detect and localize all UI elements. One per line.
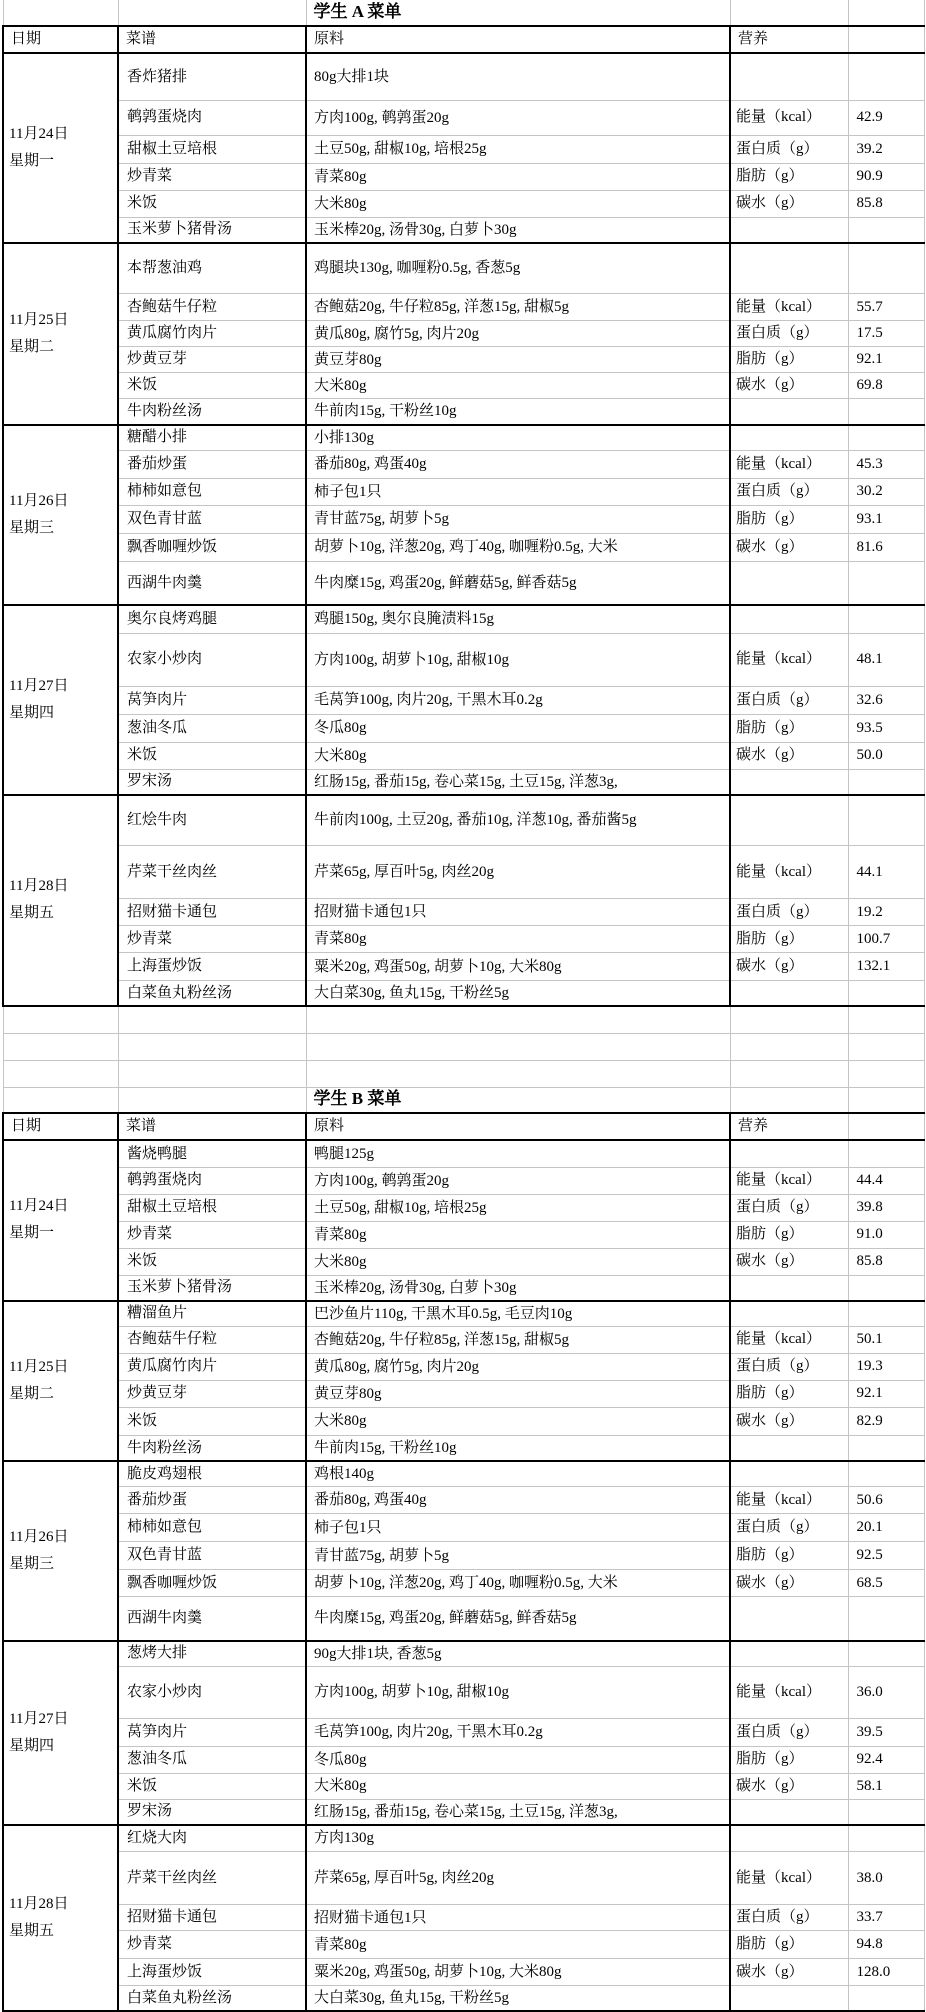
nutrition-value-cell[interactable]: 30.2 — [848, 478, 924, 505]
nutrition-label-cell[interactable]: 蛋白质（g） — [730, 478, 848, 505]
dish-cell[interactable]: 炒青菜 — [118, 163, 306, 190]
dish-cell[interactable]: 米饭 — [118, 1248, 306, 1275]
date-cell[interactable]: 11月25日星期二 — [3, 1301, 118, 1462]
dish-cell[interactable]: 双色青甘蓝 — [118, 505, 306, 533]
ingredients-cell[interactable]: 毛莴笋100g, 肉片20g, 干黑木耳0.2g — [306, 686, 730, 714]
nutrition-label-cell[interactable]: 碳水（g） — [730, 190, 848, 217]
nutrition-value-cell[interactable]: 39.5 — [848, 1718, 924, 1746]
dish-cell[interactable]: 鹌鹑蛋烧肉 — [118, 1167, 306, 1194]
spacer-cell[interactable] — [730, 1033, 848, 1060]
nutrition-label-cell[interactable] — [730, 605, 848, 633]
ingredients-cell[interactable]: 黄豆芽80g — [306, 347, 730, 373]
spacer-cell[interactable] — [730, 1060, 848, 1087]
nutrition-label-cell[interactable] — [730, 561, 848, 605]
nutrition-label-cell[interactable]: 脂肪（g） — [730, 505, 848, 533]
nutrition-label-cell[interactable] — [730, 217, 848, 243]
dish-cell[interactable]: 红烩牛肉 — [118, 795, 306, 846]
ingredients-cell[interactable]: 青菜80g — [306, 1931, 730, 1959]
nutrition-label-cell[interactable] — [730, 1275, 848, 1301]
date-cell[interactable]: 11月24日星期一 — [3, 53, 118, 243]
nutrition-label-cell[interactable] — [730, 53, 848, 100]
dish-cell[interactable]: 双色青甘蓝 — [118, 1542, 306, 1570]
ingredients-cell[interactable]: 红肠15g, 番茄15g, 卷心菜15g, 土豆15g, 洋葱3g, — [306, 769, 730, 795]
ingredients-cell[interactable]: 黄豆芽80g — [306, 1380, 730, 1407]
nutrition-value-cell[interactable]: 45.3 — [848, 450, 924, 478]
ingredients-cell[interactable]: 牛肉糜15g, 鸡蛋20g, 鲜蘑菇5g, 鲜香菇5g — [306, 1597, 730, 1641]
nutrition-label-cell[interactable]: 能量（kcal） — [730, 846, 848, 899]
nutrition-value-cell[interactable] — [848, 1275, 924, 1301]
nutrition-label-cell[interactable] — [730, 795, 848, 846]
nutrition-value-cell[interactable]: 85.8 — [848, 1248, 924, 1275]
ingredients-cell[interactable]: 大米80g — [306, 1407, 730, 1435]
ingredients-cell[interactable]: 方肉100g, 鹌鹑蛋20g — [306, 100, 730, 135]
dish-cell[interactable]: 炒黄豆芽 — [118, 1380, 306, 1407]
nutrition-label-cell[interactable]: 能量（kcal） — [730, 100, 848, 135]
dish-cell[interactable]: 番茄炒蛋 — [118, 1487, 306, 1514]
weekday-line: 星期五 — [9, 1918, 117, 1945]
nutrition-value-cell[interactable] — [848, 1597, 924, 1641]
ingredients-cell[interactable]: 大白菜30g, 鱼丸15g, 干粉丝5g — [306, 1986, 730, 2012]
dish-cell[interactable]: 西湖牛肉羹 — [118, 561, 306, 605]
date-line: 11月25日 — [9, 307, 117, 334]
nutrition-label-cell[interactable]: 蛋白质（g） — [730, 1514, 848, 1542]
dish-cell[interactable]: 上海蛋炒饭 — [118, 1959, 306, 1986]
nutrition-label-cell[interactable]: 脂肪（g） — [730, 1746, 848, 1773]
ingredients-cell[interactable]: 方肉130g — [306, 1825, 730, 1852]
ingredients-cell[interactable]: 巴沙鱼片110g, 干黑木耳0.5g, 毛豆肉10g — [306, 1301, 730, 1327]
dish-cell[interactable]: 米饭 — [118, 1407, 306, 1435]
nutrition-label-cell[interactable]: 蛋白质（g） — [730, 1905, 848, 1931]
nutrition-value-cell[interactable]: 82.9 — [848, 1407, 924, 1435]
nutrition-value-cell[interactable]: 94.8 — [848, 1931, 924, 1959]
ingredients-cell[interactable]: 大米80g — [306, 1248, 730, 1275]
ingredients-cell[interactable]: 毛莴笋100g, 肉片20g, 干黑木耳0.2g — [306, 1718, 730, 1746]
ingredients-cell[interactable]: 大米80g — [306, 373, 730, 399]
nutrition-value-cell[interactable] — [848, 1641, 924, 1667]
dish-cell[interactable]: 西湖牛肉羹 — [118, 1597, 306, 1641]
dish-cell[interactable]: 黄瓜腐竹肉片 — [118, 1353, 306, 1380]
header-spacer[interactable] — [848, 1113, 924, 1140]
nutrition-label-cell[interactable]: 能量（kcal） — [730, 1167, 848, 1194]
date-cell[interactable]: 11月25日星期二 — [3, 243, 118, 425]
nutrition-label-cell[interactable]: 脂肪（g） — [730, 714, 848, 742]
ingredients-cell[interactable]: 杏鲍菇20g, 牛仔粒85g, 洋葱15g, 甜椒5g — [306, 294, 730, 321]
nutrition-value-cell[interactable] — [848, 1799, 924, 1825]
ingredients-cell[interactable]: 鸭腿125g — [306, 1140, 730, 1167]
spacer-cell[interactable] — [730, 1006, 848, 1033]
dish-cell[interactable]: 鹌鹑蛋烧肉 — [118, 100, 306, 135]
dish-cell[interactable]: 上海蛋炒饭 — [118, 953, 306, 981]
nutrition-label-cell[interactable] — [730, 1140, 848, 1167]
menu-title[interactable]: 学生 B 菜单 — [306, 1087, 730, 1113]
spacer-cell[interactable] — [118, 1006, 306, 1033]
spacer-cell[interactable] — [306, 1033, 730, 1060]
nutrition-label-cell[interactable]: 能量（kcal） — [730, 1666, 848, 1718]
nutrition-label-cell[interactable]: 蛋白质（g） — [730, 1718, 848, 1746]
spacer-cell[interactable] — [3, 1006, 118, 1033]
date-cell[interactable]: 11月26日星期三 — [3, 1461, 118, 1641]
nutrition-value-cell[interactable]: 19.3 — [848, 1353, 924, 1380]
nutrition-label-cell[interactable]: 脂肪（g） — [730, 347, 848, 373]
nutrition-label-cell[interactable] — [730, 1597, 848, 1641]
nutrition-value-cell[interactable]: 93.5 — [848, 714, 924, 742]
dish-cell[interactable]: 玉米萝卜猪骨汤 — [118, 217, 306, 243]
ingredients-cell[interactable]: 80g大排1块 — [306, 53, 730, 100]
date-cell[interactable]: 11月27日星期四 — [3, 1641, 118, 1825]
spacer-cell[interactable] — [848, 1006, 924, 1033]
date-cell[interactable]: 11月28日星期五 — [3, 795, 118, 1007]
ingredients-cell[interactable]: 番茄80g, 鸡蛋40g — [306, 1487, 730, 1514]
nutrition-label-cell[interactable]: 脂肪（g） — [730, 1380, 848, 1407]
ingredients-cell[interactable]: 青菜80g — [306, 1221, 730, 1248]
nutrition-value-cell[interactable]: 38.0 — [848, 1852, 924, 1905]
ingredients-cell[interactable]: 青菜80g — [306, 163, 730, 190]
title-spacer-cell[interactable] — [848, 0, 924, 26]
date-cell[interactable]: 11月27日星期四 — [3, 605, 118, 795]
header-nutrition[interactable]: 营养 — [730, 1113, 848, 1140]
dish-cell[interactable]: 芹菜干丝肉丝 — [118, 1852, 306, 1905]
nutrition-label-cell[interactable]: 蛋白质（g） — [730, 686, 848, 714]
dish-cell[interactable]: 米饭 — [118, 742, 306, 769]
nutrition-value-cell[interactable] — [848, 243, 924, 294]
dish-cell[interactable]: 白菜鱼丸粉丝汤 — [118, 981, 306, 1007]
nutrition-value-cell[interactable] — [848, 1461, 924, 1487]
nutrition-label-cell[interactable] — [730, 1461, 848, 1487]
ingredients-cell[interactable]: 芹菜65g, 厚百叶5g, 肉丝20g — [306, 846, 730, 899]
spacer-cell[interactable] — [118, 1060, 306, 1087]
date-cell[interactable]: 11月26日星期三 — [3, 425, 118, 606]
nutrition-label-cell[interactable]: 脂肪（g） — [730, 1542, 848, 1570]
nutrition-value-cell[interactable]: 20.1 — [848, 1514, 924, 1542]
spacer-cell[interactable] — [848, 1060, 924, 1087]
nutrition-value-cell[interactable]: 39.2 — [848, 135, 924, 163]
header-dishes[interactable]: 菜谱 — [118, 26, 306, 53]
dish-cell[interactable]: 葱油冬瓜 — [118, 714, 306, 742]
ingredients-cell[interactable]: 牛肉糜15g, 鸡蛋20g, 鲜蘑菇5g, 鲜香菇5g — [306, 561, 730, 605]
nutrition-value-cell[interactable] — [848, 399, 924, 425]
nutrition-label-cell[interactable]: 蛋白质（g） — [730, 321, 848, 347]
weekday-line: 星期二 — [9, 334, 117, 361]
nutrition-value-cell[interactable]: 58.1 — [848, 1773, 924, 1799]
ingredients-cell[interactable]: 胡萝卜10g, 洋葱20g, 鸡丁40g, 咖喱粉0.5g, 大米 — [306, 1570, 730, 1597]
ingredients-cell[interactable]: 粟米20g, 鸡蛋50g, 胡萝卜10g, 大米80g — [306, 1959, 730, 1986]
ingredients-cell[interactable]: 牛前肉15g, 干粉丝10g — [306, 399, 730, 425]
ingredients-cell[interactable]: 小排130g — [306, 425, 730, 451]
header-ingredients[interactable]: 原料 — [306, 1113, 730, 1140]
title-spacer-cell[interactable] — [3, 0, 118, 26]
weekday-line: 星期一 — [9, 1220, 117, 1247]
dish-cell[interactable]: 脆皮鸡翅根 — [118, 1461, 306, 1487]
dish-cell[interactable]: 甜椒土豆培根 — [118, 1194, 306, 1221]
nutrition-value-cell[interactable]: 92.1 — [848, 347, 924, 373]
ingredients-cell[interactable]: 胡萝卜10g, 洋葱20g, 鸡丁40g, 咖喱粉0.5g, 大米 — [306, 533, 730, 561]
nutrition-value-cell[interactable]: 42.9 — [848, 100, 924, 135]
dish-cell[interactable]: 莴笋肉片 — [118, 686, 306, 714]
nutrition-label-cell[interactable]: 碳水（g） — [730, 1773, 848, 1799]
ingredients-cell[interactable]: 粟米20g, 鸡蛋50g, 胡萝卜10g, 大米80g — [306, 953, 730, 981]
ingredients-cell[interactable]: 青甘蓝75g, 胡萝卜5g — [306, 505, 730, 533]
dish-cell[interactable]: 米饭 — [118, 373, 306, 399]
nutrition-label-cell[interactable] — [730, 243, 848, 294]
nutrition-label-cell[interactable]: 能量（kcal） — [730, 450, 848, 478]
ingredients-cell[interactable]: 柿子包1只 — [306, 1514, 730, 1542]
nutrition-label-cell[interactable] — [730, 1435, 848, 1461]
nutrition-value-cell[interactable] — [848, 795, 924, 846]
dish-cell[interactable]: 罗宋汤 — [118, 1799, 306, 1825]
nutrition-value-cell[interactable] — [848, 217, 924, 243]
dish-cell[interactable]: 玉米萝卜猪骨汤 — [118, 1275, 306, 1301]
nutrition-value-cell[interactable]: 68.5 — [848, 1570, 924, 1597]
dish-cell[interactable]: 糖醋小排 — [118, 425, 306, 451]
ingredients-cell[interactable]: 大米80g — [306, 1773, 730, 1799]
dish-cell[interactable]: 红烧大肉 — [118, 1825, 306, 1852]
nutrition-value-cell[interactable]: 44.4 — [848, 1167, 924, 1194]
nutrition-label-cell[interactable]: 蛋白质（g） — [730, 899, 848, 926]
spacer-cell[interactable] — [848, 1033, 924, 1060]
spacer-cell[interactable] — [3, 1033, 118, 1060]
nutrition-label-cell[interactable]: 能量（kcal） — [730, 1487, 848, 1514]
nutrition-value-cell[interactable]: 50.0 — [848, 742, 924, 769]
weekday-line: 星期二 — [9, 1381, 117, 1408]
nutrition-label-cell[interactable]: 蛋白质（g） — [730, 1353, 848, 1380]
dish-cell[interactable]: 杏鲍菇牛仔粒 — [118, 1326, 306, 1353]
ingredients-cell[interactable]: 牛前肉15g, 干粉丝10g — [306, 1435, 730, 1461]
nutrition-value-cell[interactable]: 93.1 — [848, 505, 924, 533]
dish-cell[interactable]: 飘香咖喱炒饭 — [118, 533, 306, 561]
nutrition-label-cell[interactable]: 蛋白质（g） — [730, 1194, 848, 1221]
nutrition-label-cell[interactable] — [730, 1986, 848, 2012]
nutrition-label-cell[interactable]: 脂肪（g） — [730, 926, 848, 953]
nutrition-label-cell[interactable]: 碳水（g） — [730, 742, 848, 769]
nutrition-label-cell[interactable]: 脂肪（g） — [730, 1221, 848, 1248]
dish-cell[interactable]: 招财猫卡通包 — [118, 899, 306, 926]
title-spacer-cell[interactable] — [3, 1087, 118, 1113]
date-cell[interactable]: 11月24日星期一 — [3, 1140, 118, 1301]
dish-cell[interactable]: 炒黄豆芽 — [118, 347, 306, 373]
ingredients-cell[interactable]: 杏鲍菇20g, 牛仔粒85g, 洋葱15g, 甜椒5g — [306, 1326, 730, 1353]
ingredients-cell[interactable]: 芹菜65g, 厚百叶5g, 肉丝20g — [306, 1852, 730, 1905]
nutrition-label-cell[interactable]: 脂肪（g） — [730, 1931, 848, 1959]
ingredients-cell[interactable]: 方肉100g, 胡萝卜10g, 甜椒10g — [306, 1666, 730, 1718]
ingredients-cell[interactable]: 土豆50g, 甜椒10g, 培根25g — [306, 1194, 730, 1221]
ingredients-cell[interactable]: 鸡腿块130g, 咖喱粉0.5g, 香葱5g — [306, 243, 730, 294]
title-spacer-cell[interactable] — [118, 0, 306, 26]
dish-cell[interactable]: 葱烤大排 — [118, 1641, 306, 1667]
ingredients-cell[interactable]: 黄瓜80g, 腐竹5g, 肉片20g — [306, 1353, 730, 1380]
header-spacer[interactable] — [848, 26, 924, 53]
nutrition-label-cell[interactable] — [730, 1301, 848, 1327]
dish-cell[interactable]: 罗宋汤 — [118, 769, 306, 795]
spacer-cell[interactable] — [306, 1060, 730, 1087]
weekday-line: 星期五 — [9, 900, 117, 927]
nutrition-value-cell[interactable]: 92.5 — [848, 1542, 924, 1570]
ingredients-cell[interactable]: 冬瓜80g — [306, 714, 730, 742]
nutrition-value-cell[interactable] — [848, 1301, 924, 1327]
nutrition-value-cell[interactable] — [848, 769, 924, 795]
ingredients-cell[interactable]: 大白菜30g, 鱼丸15g, 干粉丝5g — [306, 981, 730, 1007]
menu-title[interactable]: 学生 A 菜单 — [306, 0, 730, 26]
nutrition-label-cell[interactable]: 能量（kcal） — [730, 294, 848, 321]
nutrition-value-cell[interactable] — [848, 1140, 924, 1167]
dish-cell[interactable]: 牛肉粉丝汤 — [118, 399, 306, 425]
nutrition-label-cell[interactable]: 碳水（g） — [730, 1959, 848, 1986]
nutrition-value-cell[interactable]: 91.0 — [848, 1221, 924, 1248]
ingredients-cell[interactable]: 牛前肉100g, 土豆20g, 番茄10g, 洋葱10g, 番茄酱5g — [306, 795, 730, 846]
nutrition-value-cell[interactable]: 33.7 — [848, 1905, 924, 1931]
spacer-cell[interactable] — [306, 1006, 730, 1033]
nutrition-value-cell[interactable]: 132.1 — [848, 953, 924, 981]
dish-cell[interactable]: 糟溜鱼片 — [118, 1301, 306, 1327]
nutrition-value-cell[interactable]: 44.1 — [848, 846, 924, 899]
nutrition-value-cell[interactable]: 19.2 — [848, 899, 924, 926]
dish-cell[interactable]: 葱油冬瓜 — [118, 1746, 306, 1773]
ingredients-cell[interactable]: 青甘蓝75g, 胡萝卜5g — [306, 1542, 730, 1570]
nutrition-label-cell[interactable] — [730, 1641, 848, 1667]
nutrition-label-cell[interactable] — [730, 981, 848, 1007]
nutrition-value-cell[interactable]: 85.8 — [848, 190, 924, 217]
dish-cell[interactable]: 酱烧鸭腿 — [118, 1140, 306, 1167]
spacer-cell[interactable] — [118, 1033, 306, 1060]
title-spacer-cell[interactable] — [730, 1087, 848, 1113]
dish-cell[interactable]: 番茄炒蛋 — [118, 450, 306, 478]
date-line: 11月27日 — [9, 1706, 117, 1733]
title-spacer-cell[interactable] — [730, 0, 848, 26]
title-spacer-cell[interactable] — [118, 1087, 306, 1113]
dish-cell[interactable]: 莴笋肉片 — [118, 1718, 306, 1746]
ingredients-cell[interactable]: 招财猫卡通包1只 — [306, 1905, 730, 1931]
nutrition-value-cell[interactable] — [848, 425, 924, 451]
nutrition-value-cell[interactable]: 50.6 — [848, 1487, 924, 1514]
ingredients-cell[interactable]: 土豆50g, 甜椒10g, 培根25g — [306, 135, 730, 163]
dish-cell[interactable]: 杏鲍菇牛仔粒 — [118, 294, 306, 321]
dish-cell[interactable]: 柿柿如意包 — [118, 478, 306, 505]
date-line: 11月27日 — [9, 673, 117, 700]
dish-cell[interactable]: 牛肉粉丝汤 — [118, 1435, 306, 1461]
ingredients-cell[interactable]: 番茄80g, 鸡蛋40g — [306, 450, 730, 478]
nutrition-value-cell[interactable]: 36.0 — [848, 1666, 924, 1718]
dish-cell[interactable]: 飘香咖喱炒饭 — [118, 1570, 306, 1597]
nutrition-label-cell[interactable] — [730, 425, 848, 451]
nutrition-label-cell[interactable]: 碳水（g） — [730, 953, 848, 981]
date-line: 11月28日 — [9, 1891, 117, 1918]
header-ingredients[interactable]: 原料 — [306, 26, 730, 53]
nutrition-value-cell[interactable] — [848, 53, 924, 100]
dish-cell[interactable]: 甜椒土豆培根 — [118, 135, 306, 163]
date-cell[interactable]: 11月28日星期五 — [3, 1825, 118, 2012]
ingredients-cell[interactable]: 鸡根140g — [306, 1461, 730, 1487]
dish-cell[interactable]: 白菜鱼丸粉丝汤 — [118, 1986, 306, 2012]
nutrition-label-cell[interactable]: 能量（kcal） — [730, 633, 848, 686]
nutrition-value-cell[interactable]: 128.0 — [848, 1959, 924, 1986]
ingredients-cell[interactable]: 招财猫卡通包1只 — [306, 899, 730, 926]
dish-cell[interactable]: 农家小炒肉 — [118, 1666, 306, 1718]
nutrition-label-cell[interactable]: 能量（kcal） — [730, 1326, 848, 1353]
nutrition-value-cell[interactable]: 39.8 — [848, 1194, 924, 1221]
nutrition-value-cell[interactable]: 90.9 — [848, 163, 924, 190]
nutrition-label-cell[interactable] — [730, 1799, 848, 1825]
ingredients-cell[interactable]: 鸡腿150g, 奥尔良腌渍料15g — [306, 605, 730, 633]
nutrition-value-cell[interactable] — [848, 981, 924, 1007]
nutrition-value-cell[interactable] — [848, 561, 924, 605]
dish-cell[interactable]: 香炸猪排 — [118, 53, 306, 100]
date-line: 11月24日 — [9, 121, 117, 148]
dish-cell[interactable]: 炒青菜 — [118, 926, 306, 953]
nutrition-label-cell[interactable]: 脂肪（g） — [730, 163, 848, 190]
dish-cell[interactable]: 本帮葱油鸡 — [118, 243, 306, 294]
ingredients-cell[interactable]: 黄瓜80g, 腐竹5g, 肉片20g — [306, 321, 730, 347]
nutrition-value-cell[interactable]: 81.6 — [848, 533, 924, 561]
dish-cell[interactable]: 米饭 — [118, 1773, 306, 1799]
dish-cell[interactable]: 招财猫卡通包 — [118, 1905, 306, 1931]
nutrition-value-cell[interactable]: 17.5 — [848, 321, 924, 347]
nutrition-label-cell[interactable] — [730, 769, 848, 795]
nutrition-value-cell[interactable] — [848, 1435, 924, 1461]
spacer-cell[interactable] — [3, 1060, 118, 1087]
header-nutrition[interactable]: 营养 — [730, 26, 848, 53]
header-dishes[interactable]: 菜谱 — [118, 1113, 306, 1140]
nutrition-value-cell[interactable]: 48.1 — [848, 633, 924, 686]
nutrition-value-cell[interactable]: 92.4 — [848, 1746, 924, 1773]
dish-cell[interactable]: 农家小炒肉 — [118, 633, 306, 686]
ingredients-cell[interactable]: 方肉100g, 鹌鹑蛋20g — [306, 1167, 730, 1194]
ingredients-cell[interactable]: 柿子包1只 — [306, 478, 730, 505]
dish-cell[interactable]: 芹菜干丝肉丝 — [118, 846, 306, 899]
nutrition-label-cell[interactable] — [730, 1825, 848, 1852]
nutrition-value-cell[interactable]: 55.7 — [848, 294, 924, 321]
nutrition-value-cell[interactable]: 69.8 — [848, 373, 924, 399]
header-date[interactable]: 日期 — [3, 1113, 118, 1140]
date-line: 11月25日 — [9, 1354, 117, 1381]
date-line: 11月26日 — [9, 1524, 117, 1551]
ingredients-cell[interactable]: 玉米棒20g, 汤骨30g, 白萝卜30g — [306, 217, 730, 243]
ingredients-cell[interactable]: 冬瓜80g — [306, 1746, 730, 1773]
nutrition-value-cell[interactable] — [848, 1825, 924, 1852]
ingredients-cell[interactable]: 青菜80g — [306, 926, 730, 953]
nutrition-label-cell[interactable] — [730, 399, 848, 425]
header-date[interactable]: 日期 — [3, 26, 118, 53]
dish-cell[interactable]: 米饭 — [118, 190, 306, 217]
nutrition-value-cell[interactable]: 92.1 — [848, 1380, 924, 1407]
nutrition-value-cell[interactable]: 50.1 — [848, 1326, 924, 1353]
weekday-line: 星期三 — [9, 515, 117, 542]
title-spacer-cell[interactable] — [848, 1087, 924, 1113]
dish-cell[interactable]: 柿柿如意包 — [118, 1514, 306, 1542]
nutrition-value-cell[interactable] — [848, 605, 924, 633]
nutrition-label-cell[interactable]: 能量（kcal） — [730, 1852, 848, 1905]
nutrition-value-cell[interactable]: 32.6 — [848, 686, 924, 714]
ingredients-cell[interactable]: 大米80g — [306, 190, 730, 217]
weekday-line: 星期四 — [9, 700, 117, 727]
dish-cell[interactable]: 炒青菜 — [118, 1221, 306, 1248]
date-line: 11月24日 — [9, 1193, 117, 1220]
ingredients-cell[interactable]: 红肠15g, 番茄15g, 卷心菜15g, 土豆15g, 洋葱3g, — [306, 1799, 730, 1825]
nutrition-label-cell[interactable]: 碳水（g） — [730, 533, 848, 561]
dish-cell[interactable]: 炒青菜 — [118, 1931, 306, 1959]
ingredients-cell[interactable]: 90g大排1块, 香葱5g — [306, 1641, 730, 1667]
ingredients-cell[interactable]: 大米80g — [306, 742, 730, 769]
nutrition-label-cell[interactable]: 碳水（g） — [730, 1248, 848, 1275]
nutrition-label-cell[interactable]: 碳水（g） — [730, 373, 848, 399]
dish-cell[interactable]: 黄瓜腐竹肉片 — [118, 321, 306, 347]
ingredients-cell[interactable]: 方肉100g, 胡萝卜10g, 甜椒10g — [306, 633, 730, 686]
nutrition-label-cell[interactable]: 蛋白质（g） — [730, 135, 848, 163]
nutrition-label-cell[interactable]: 碳水（g） — [730, 1570, 848, 1597]
nutrition-value-cell[interactable]: 100.7 — [848, 926, 924, 953]
nutrition-value-cell[interactable] — [848, 1986, 924, 2012]
ingredients-cell[interactable]: 玉米棒20g, 汤骨30g, 白萝卜30g — [306, 1275, 730, 1301]
nutrition-label-cell[interactable]: 碳水（g） — [730, 1407, 848, 1435]
dish-cell[interactable]: 奥尔良烤鸡腿 — [118, 605, 306, 633]
